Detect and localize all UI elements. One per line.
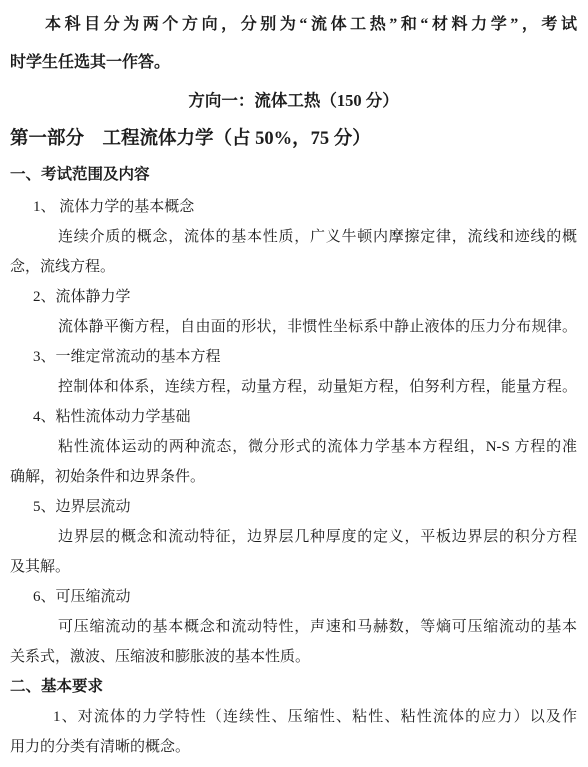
topic-title: 2、流体静力学	[10, 282, 577, 312]
topic-title: 6、可压缩流动	[10, 582, 577, 612]
topic-desc-line: 连续介质的概念，流体的基本性质，广义牛顿内摩擦定律，流线和迹线的概	[10, 222, 577, 252]
topic-title: 1、 流体力学的基本概念	[10, 192, 577, 222]
requirements-paragraph: 1、对流体的力学特性（连续性、压缩性、粘性、粘性流体的应力）以及作 用力的分类有…	[10, 702, 577, 762]
topic-desc-line: 可压缩流动的基本概念和流动特性，声速和马赫数，等熵可压缩流动的基本	[10, 612, 577, 642]
part-heading: 第一部分 工程流体力学（占 50%，75 分）	[10, 120, 577, 158]
topic-list: 1、 流体力学的基本概念 连续介质的概念，流体的基本性质，广义牛顿内摩擦定律，流…	[10, 192, 577, 672]
topic-desc-line: 关系式，激波、压缩波和膨胀波的基本性质。	[10, 642, 577, 672]
requirement-line: 1、对流体的力学特性（连续性、压缩性、粘性、粘性流体的应力）以及作	[10, 702, 577, 732]
topic-title: 3、一维定常流动的基本方程	[10, 342, 577, 372]
intro-line: 时学生任选其一作答。	[10, 44, 577, 82]
topic-desc-line: 粘性流体运动的两种流态，微分形式的流体力学基本方程组，N-S 方程的准	[10, 432, 577, 462]
topic-title: 5、边界层流动	[10, 492, 577, 522]
topic-desc-line: 确解，初始条件和边界条件。	[10, 462, 577, 492]
section-heading-basic-requirements: 二、基本要求	[10, 672, 577, 702]
section-heading-exam-scope: 一、考试范围及内容	[10, 158, 577, 192]
topic-desc-line: 流体静平衡方程，自由面的形状，非惯性坐标系中静止液体的压力分布规律。	[10, 312, 577, 342]
topic-desc-line: 控制体和体系，连续方程，动量方程，动量矩方程，伯努利方程，能量方程。	[10, 372, 577, 402]
intro-line: 本科目分为两个方向，分别为“流体工热”和“材料力学”，考试	[10, 6, 577, 44]
requirement-line: 用力的分类有清晰的概念。	[10, 732, 577, 762]
direction-heading: 方向一：流体工热（150 分）	[10, 82, 577, 120]
topic-title: 4、粘性流体动力学基础	[10, 402, 577, 432]
topic-desc-line: 念，流线方程。	[10, 252, 577, 282]
topic-desc-line: 及其解。	[10, 552, 577, 582]
document-page: 本科目分为两个方向，分别为“流体工热”和“材料力学”，考试 时学生任选其一作答。…	[0, 0, 588, 767]
topic-desc-line: 边界层的概念和流动特征，边界层几种厚度的定义，平板边界层的积分方程	[10, 522, 577, 552]
intro-paragraph: 本科目分为两个方向，分别为“流体工热”和“材料力学”，考试 时学生任选其一作答。	[10, 6, 577, 82]
